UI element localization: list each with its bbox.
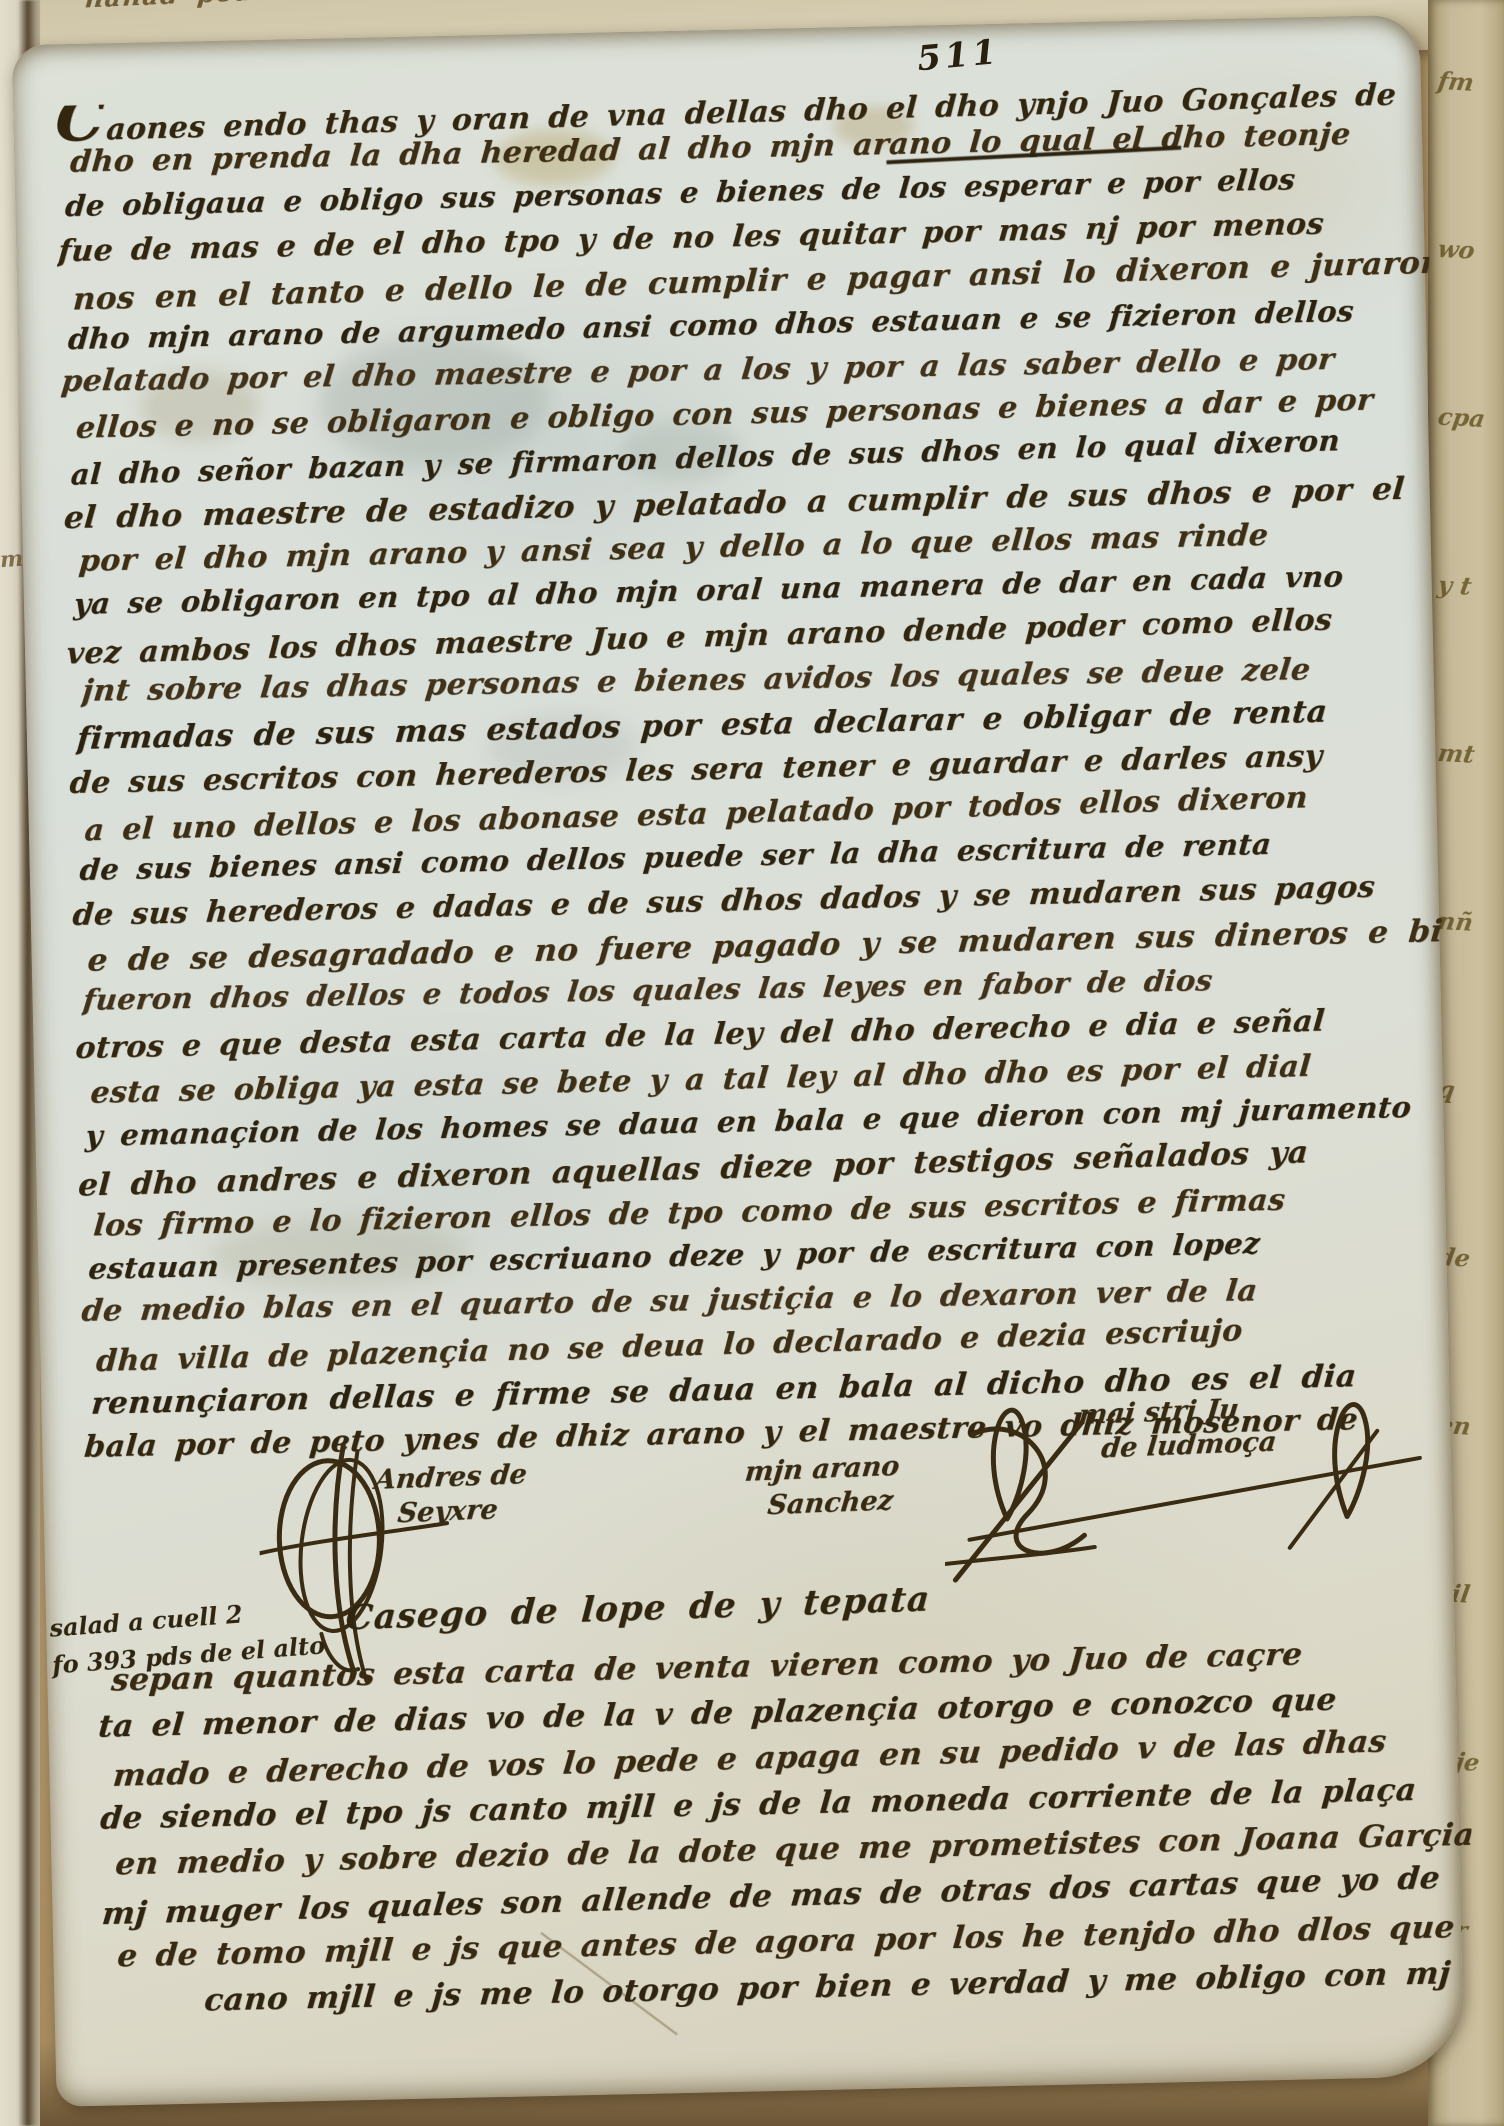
- signature-1: Andres de Seyxre: [370, 1458, 529, 1532]
- ink-layer: 511 Caones endo thas y oran de vna della…: [12, 15, 1465, 2107]
- previous-page-text-fragment: nanad podes esta ca de saxbe: [84, 0, 583, 13]
- signature-2: mjn arano Sanchez: [740, 1450, 901, 1524]
- folio-number: 511: [916, 35, 1002, 76]
- signature-name: Sanchez: [766, 1484, 898, 1523]
- signature-name: Andres de: [373, 1458, 528, 1498]
- manuscript-page: 511 Caones endo thas y oran de vna della…: [12, 15, 1465, 2107]
- signature-name: Seyxre: [396, 1492, 525, 1531]
- adjacent-folio-text-fragment: wo: [1436, 237, 1476, 263]
- adjacent-folio-text-fragment: y t: [1436, 573, 1473, 599]
- manuscript-photograph: nanad podes esta ca de saxbe q anda a he…: [0, 0, 1504, 2126]
- signature-name: de ludmoça: [1100, 1425, 1278, 1466]
- adjacent-folio-text-fragment: cpa: [1436, 405, 1487, 431]
- adjacent-folio-text-fragment: fm: [1436, 69, 1475, 95]
- adjacent-folio-text-fragment: mt: [1436, 741, 1476, 767]
- second-act-heading: Casego de lope de y tepata: [345, 1583, 932, 1636]
- signature-3: mai stri Ju de ludmoça: [1074, 1391, 1282, 1467]
